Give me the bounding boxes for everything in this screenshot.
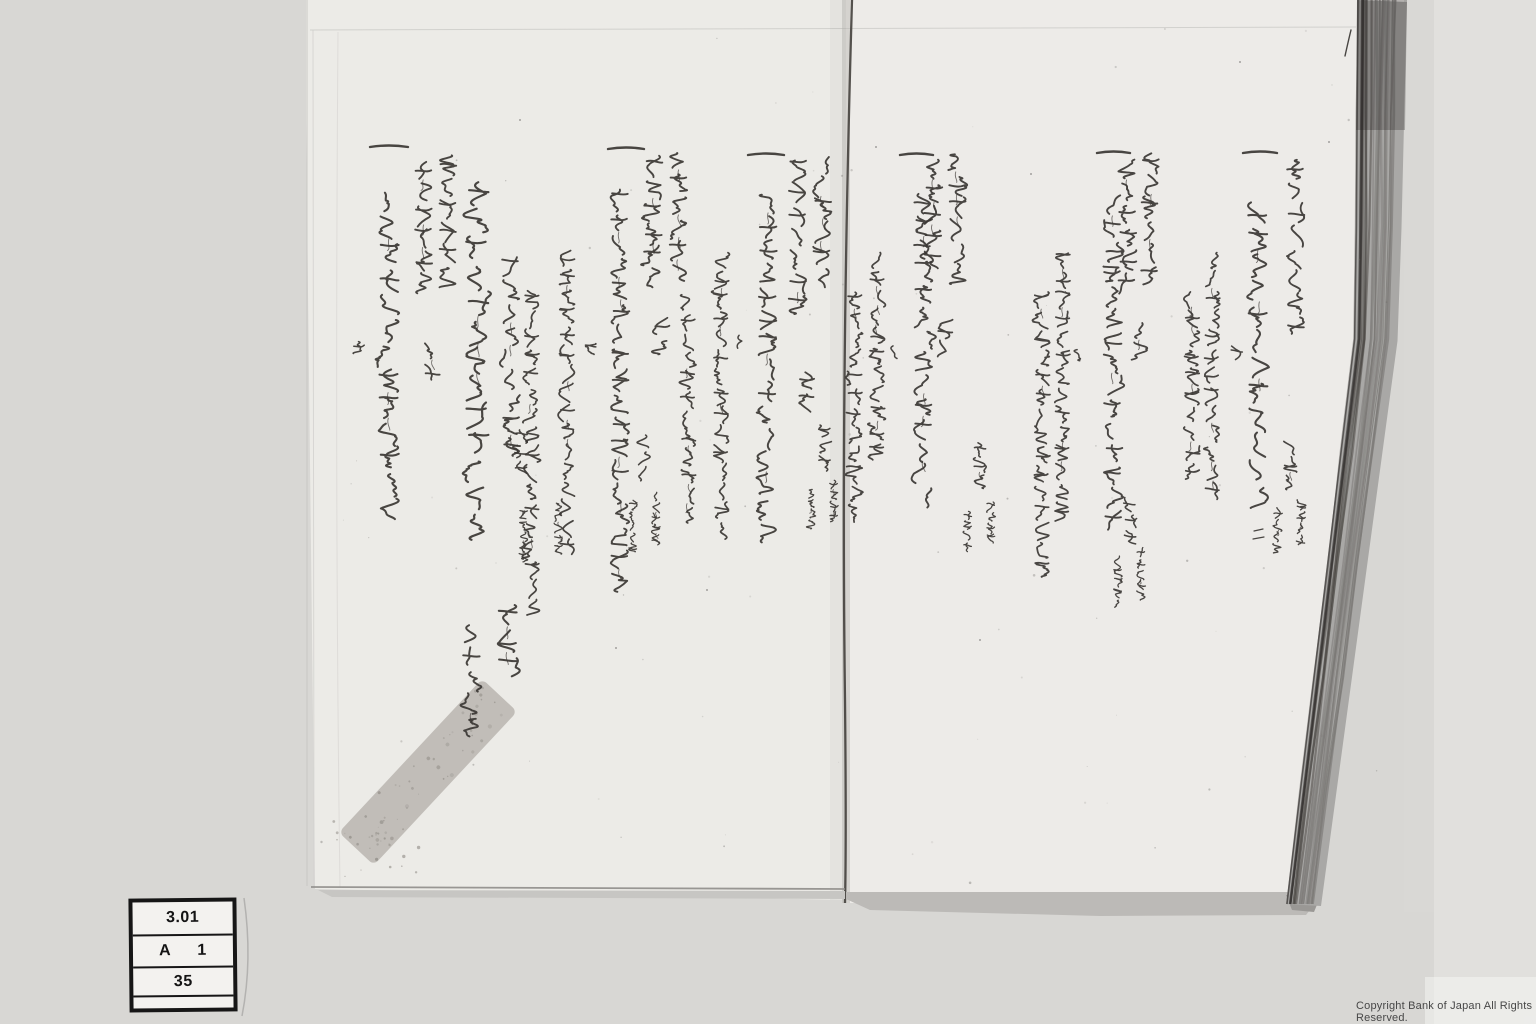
archive-label-line1: 3.01	[166, 909, 199, 927]
copyright-notice: Copyright Bank of Japan All Rights Reser…	[1356, 1000, 1536, 1024]
archive-label-line2-left: A	[159, 942, 171, 960]
scanned-document-page: 3.01 A 1 35 Copyright Bank of Japan All …	[0, 0, 1536, 1024]
archive-label-code: 3.01	[132, 901, 232, 936]
archive-label-empty-row	[133, 996, 233, 1008]
archive-label-line3: 35	[174, 972, 193, 990]
archive-label-number: 35	[133, 967, 233, 997]
archive-label-series: A 1	[133, 935, 233, 968]
archive-label-line2-right: 1	[197, 942, 207, 960]
archive-label: 3.01 A 1 35	[128, 897, 237, 1012]
manuscript-scan-canvas	[0, 0, 1536, 1024]
